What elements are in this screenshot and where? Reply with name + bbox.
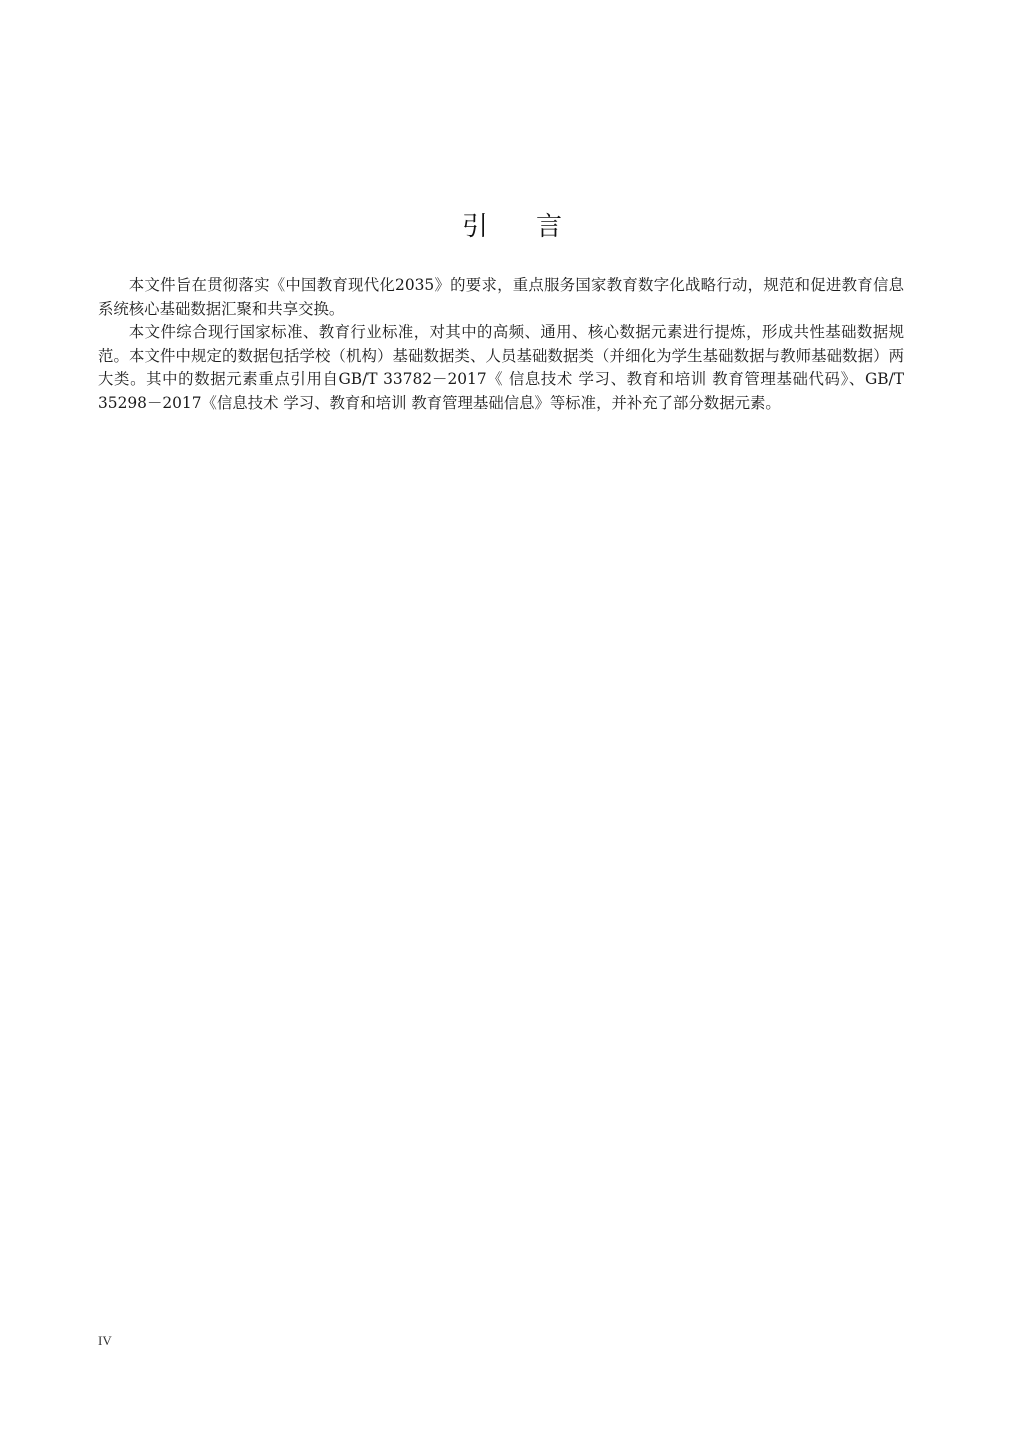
paragraph-2: 本文件综合现行国家标准、教育行业标准，对其中的高频、通用、核心数据元素进行提炼，…	[98, 321, 904, 415]
page-number: IV	[98, 1333, 112, 1349]
page-title: 引言	[0, 206, 1024, 243]
paragraph-1: 本文件旨在贯彻落实《中国教育现代化2035》的要求，重点服务国家教育数字化战略行…	[98, 274, 904, 321]
body-text: 本文件旨在贯彻落实《中国教育现代化2035》的要求，重点服务国家教育数字化战略行…	[98, 274, 904, 415]
